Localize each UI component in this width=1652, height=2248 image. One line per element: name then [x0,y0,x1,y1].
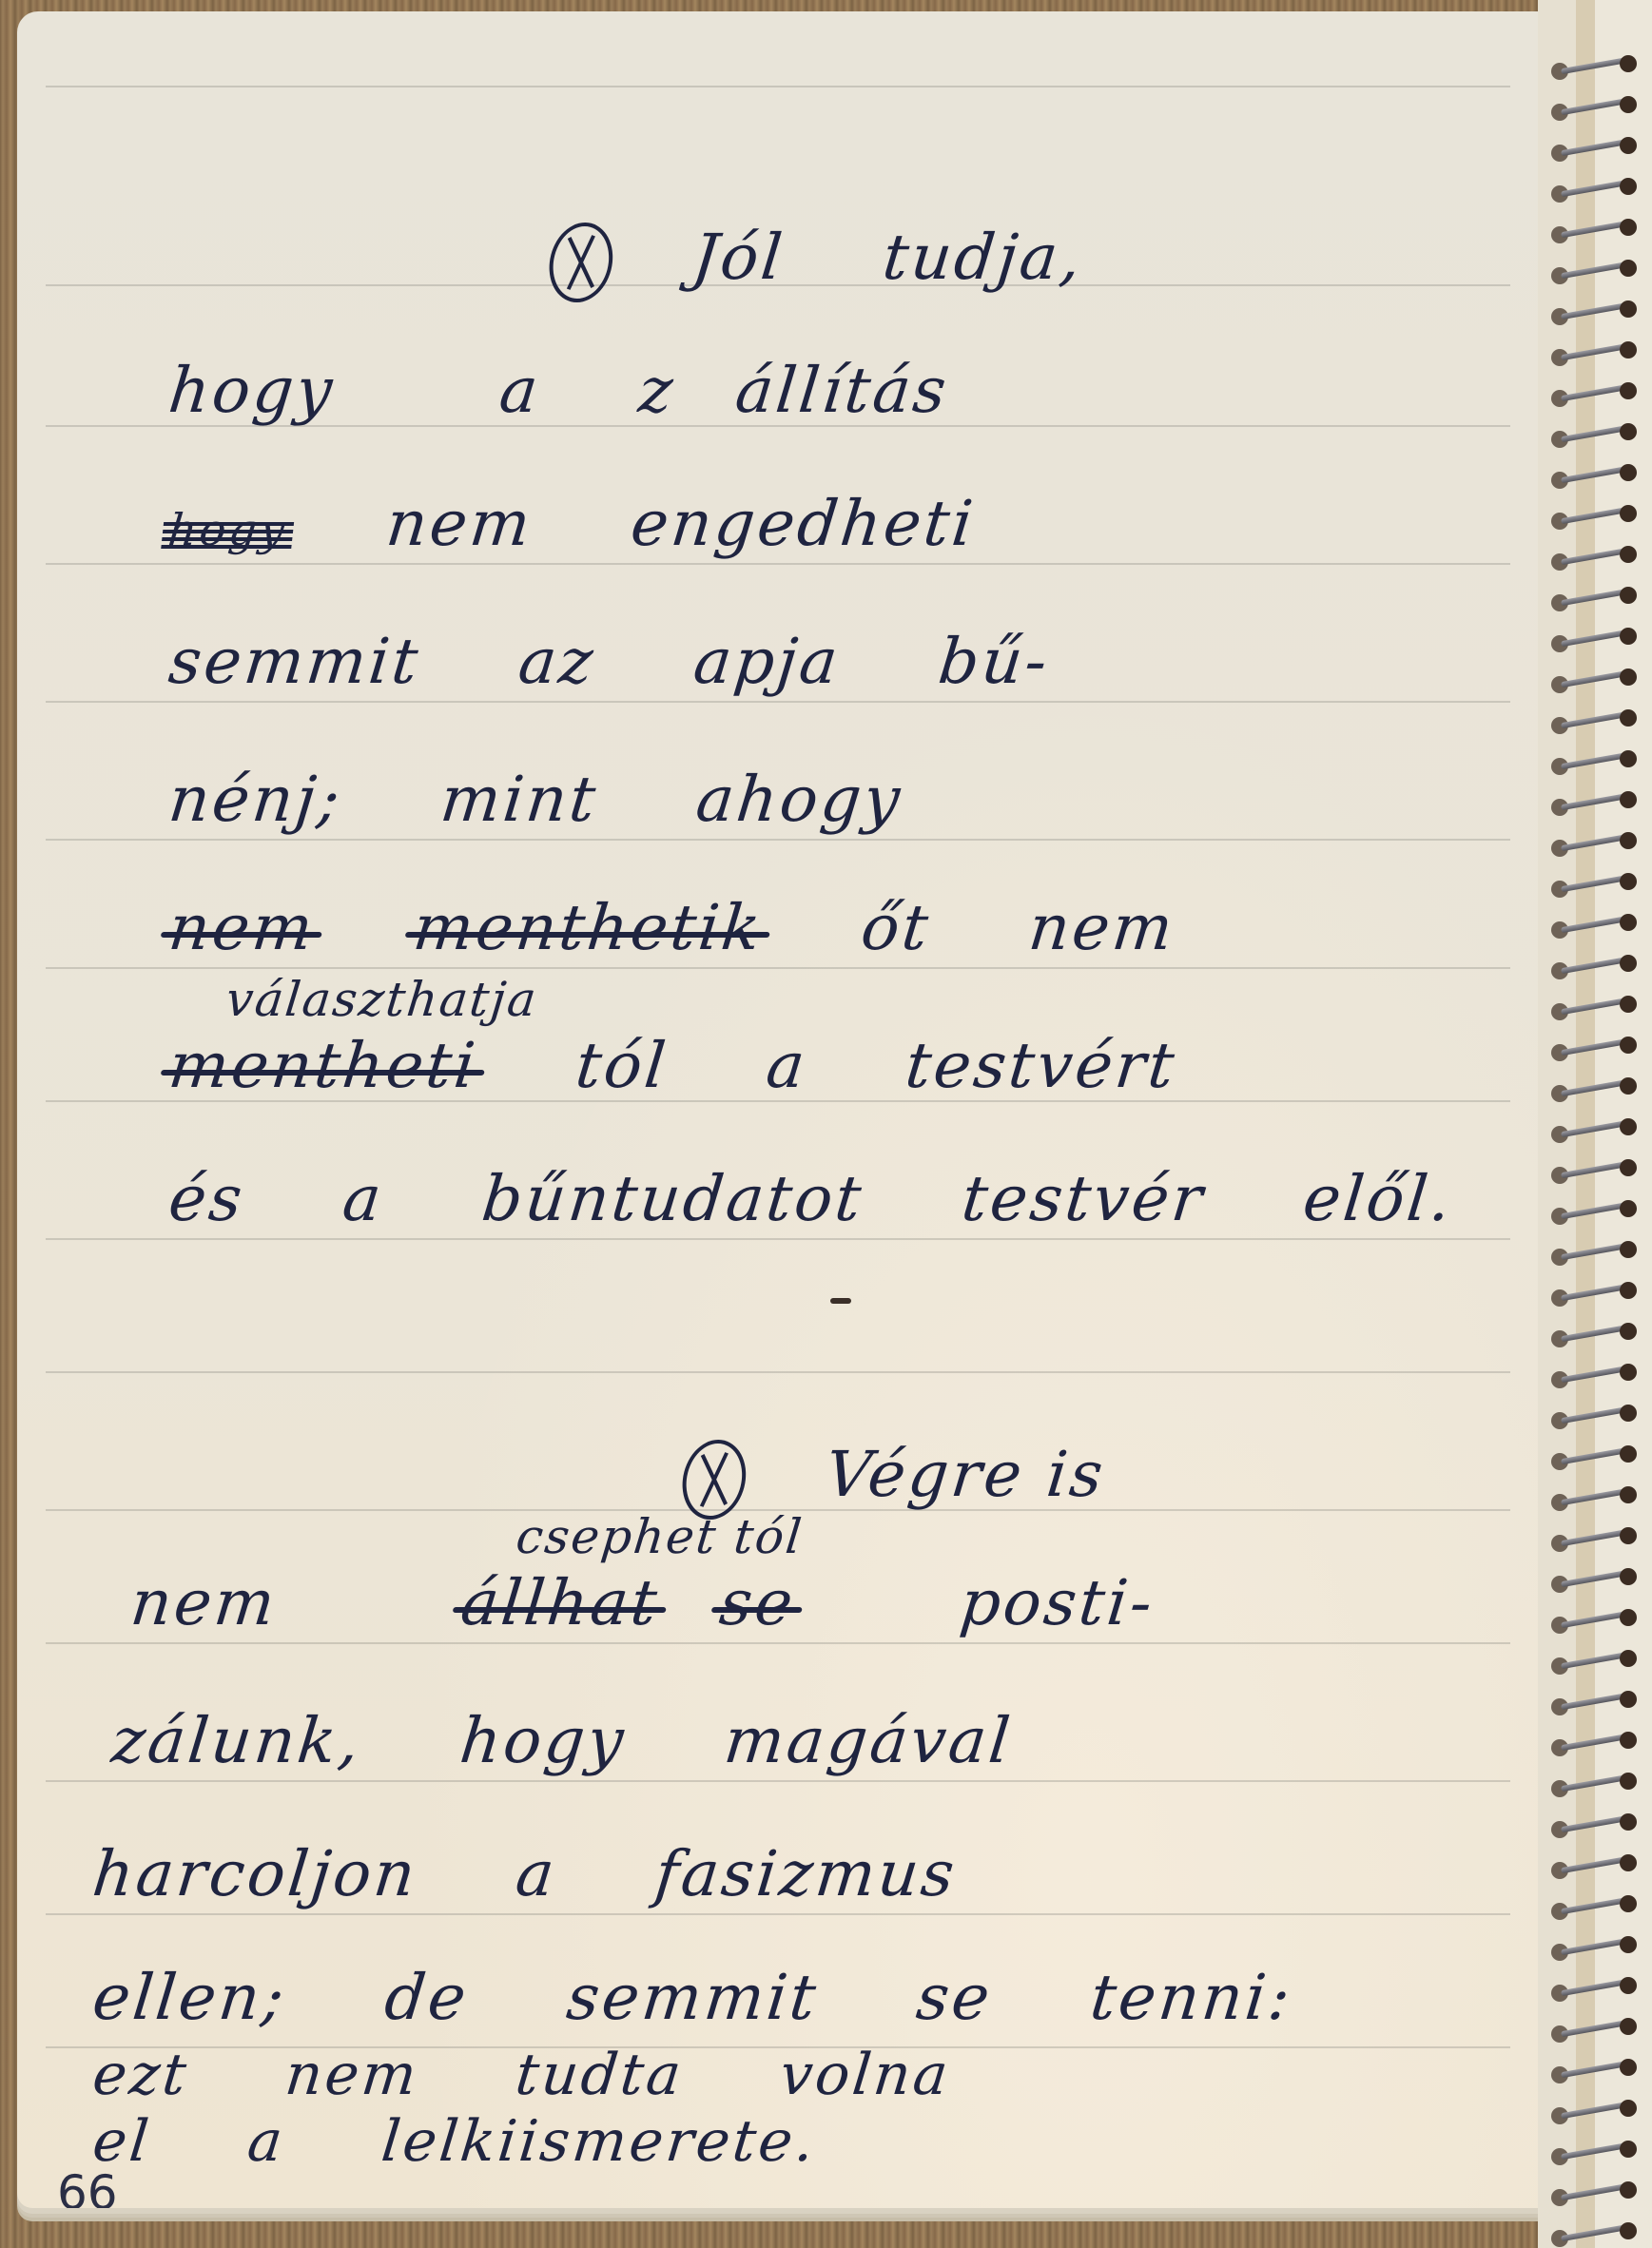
section-2-line-5: ezt nem tudta volna [89,2042,1548,2108]
section-1-line-7: mentheti tól a testvért [165,1029,1548,1102]
handwritten-word: ellen; [89,1961,290,2034]
spiral-ring [1547,1447,1642,1464]
handwritten-word: a [763,1029,810,1102]
section-1-line-6: nem menthetik őt nem [165,891,1548,964]
ruled-line [46,1371,1510,1373]
handwritten-word: a [513,1837,560,1910]
spiral-ring [1547,1570,1642,1587]
spiral-ring [1547,1079,1642,1096]
interlinear-insertion: választhatja [224,972,540,1027]
handwritten-word: elől. [1300,1162,1457,1235]
handwritten-word: nem [282,2042,422,2108]
spiral-ring [1547,1774,1642,1792]
handwritten-word: lelkiismerete. [379,2108,820,2175]
ruled-line [46,1642,1510,1644]
handwritten-word: az [515,625,599,698]
spiral-ring [1547,589,1642,606]
ruled-line [46,701,1510,703]
spiral-ring [1547,507,1642,524]
spiral-ring [1547,1406,1642,1424]
circled-asterisk-icon [678,1440,749,1520]
spiral-ring [1547,1243,1642,1260]
handwritten-word: z [635,354,679,427]
handwritten-word: testvért [903,1029,1180,1102]
handwritten-word: hogy [457,1704,630,1777]
spiral-ring [1547,2061,1642,2078]
section-1-line-1: Jól tudja, [545,221,1548,302]
spiral-ring [1547,2142,1642,2160]
spiral-binding [1538,0,1652,2248]
spiral-ring [1547,752,1642,769]
handwritten-word: nénj; [165,763,346,836]
spiral-ring [1547,793,1642,810]
spiral-ring [1547,262,1642,279]
spiral-ring [1547,1161,1642,1178]
handwritten-word: őt [858,891,934,964]
section-1-line-5: nénj; mint ahogy [165,763,1548,836]
handwritten-word: tenni: [1087,1961,1296,2034]
ruled-line [46,86,1510,87]
spiral-ring [1547,1611,1642,1628]
spiral-ring [1547,711,1642,728]
spiral-ring [1547,139,1642,156]
handwritten-word: nem [1025,891,1178,964]
section-2-heading: Végre is [678,1438,1548,1520]
spiral-ring [1547,1038,1642,1056]
spiral-ring [1547,1856,1642,1873]
handwritten-word: volna [777,2042,954,2108]
spiral-ring [1547,548,1642,565]
handwritten-word: hogy [165,354,339,427]
struck-word: se [716,1566,799,1639]
handwritten-word: semmit [165,625,424,698]
spiral-ring [1547,1897,1642,1914]
spiral-ring [1547,875,1642,892]
ruled-line [46,1913,1510,1915]
spiral-ring [1547,1693,1642,1710]
spiral-ring [1547,466,1642,483]
section-1-line-2: hogy a z állítás [165,354,1548,427]
ruled-line [46,967,1510,969]
spiral-ring [1547,630,1642,647]
handwritten-word: nem [127,1566,281,1639]
section-1-line-8: és a bűntudatot testvér elől. [165,1162,1548,1235]
spiral-ring [1547,2183,1642,2200]
notebook-page: Jól tudja, hogy a z állítás hogy nem eng… [17,11,1548,2208]
handwritten-word: Jól [689,221,787,294]
spiral-ring [1547,180,1642,197]
struck-word: nem [165,891,319,964]
spiral-ring [1547,1284,1642,1301]
spiral-ring [1547,1529,1642,1546]
handwritten-word: ezt [89,2042,192,2108]
struck-word: menthetik [410,891,767,964]
struck-word: állhat [457,1566,663,1639]
circled-asterisk-icon [545,223,616,302]
handwritten-word: magával [721,1704,1016,1777]
handwritten-word: mint [437,763,602,836]
spiral-ring [1547,302,1642,320]
handwritten-word: tól [573,1029,671,1102]
scribbled-word: hogy [165,504,289,555]
spiral-ring [1547,384,1642,401]
spiral-ring [1547,425,1642,442]
handwritten-word: és [165,1162,248,1235]
spiral-ring [1547,1979,1642,1996]
handwritten-word: se [913,1961,996,2034]
handwritten-word: a [340,1162,387,1235]
handwritten-word: a [496,354,544,427]
handwritten-word: ahogy [692,763,905,836]
spiral-ring [1547,1815,1642,1832]
spiral-ring [1547,834,1642,851]
interlinear-insertion: csephet tól [514,1509,806,1564]
spiral-ring [1547,1938,1642,1955]
page-number: 66 [57,2165,118,2208]
spiral-ring [1547,1120,1642,1137]
handwritten-word: nem [383,487,536,560]
spiral-ring [1547,916,1642,933]
handwritten-word: apja [690,625,845,698]
handwritten-word: bű- [935,625,1053,698]
ruled-line [46,839,1510,841]
section-2-line-6: el a lelkiismerete. [89,2108,1548,2175]
spiral-ring [1547,57,1642,74]
handwritten-word: zálunk, [108,1704,365,1777]
handwritten-word: harcoljon [89,1837,421,1910]
spiral-ring [1547,1202,1642,1219]
spiral-ring [1547,998,1642,1015]
spiral-ring [1547,343,1642,360]
handwritten-word: testvér [959,1162,1209,1235]
spiral-ring [1547,2020,1642,2037]
handwritten-word: állítás [732,354,953,427]
spiral-ring [1547,1488,1642,1505]
spiral-ring [1547,2224,1642,2241]
struck-word: mentheti [165,1029,481,1102]
section-2-line-2: zálunk, hogy magával [108,1704,1548,1777]
ruled-line [46,1780,1510,1782]
spiral-ring [1547,1652,1642,1669]
spiral-ring [1547,957,1642,974]
handwritten-word: engedheti [628,487,979,560]
section-1-line-4: semmit az apja bű- [165,625,1548,698]
handwritten-word: tudta [513,2042,687,2108]
spiral-ring [1547,2102,1642,2119]
handwritten-word: semmit [563,1961,822,2034]
section-2-line-3: harcoljon a fasizmus [89,1837,1548,1910]
spiral-ring [1547,98,1642,115]
handwritten-word: fasizmus [651,1837,961,1910]
spiral-ring [1547,1366,1642,1383]
handwritten-word: de [381,1961,472,2034]
section-divider-dash [830,1298,851,1304]
handwritten-word: bűntudatot [478,1162,867,1235]
spiral-ring [1547,1734,1642,1751]
ruled-line [46,1238,1510,1240]
section-2-line-4: ellen; de semmit se tenni: [89,1961,1548,2034]
spiral-ring [1547,670,1642,688]
section-heading: Végre is [822,1438,1109,1511]
handwritten-word: tudja, [880,221,1087,294]
spiral-ring [1547,221,1642,238]
section-1-line-3: hogy nem engedheti [165,487,1548,560]
ruled-line [46,563,1510,565]
section-2-line-1: nem állhat se posti- [127,1566,1548,1639]
handwritten-word: a [244,2108,288,2175]
handwritten-word: posti- [957,1566,1158,1639]
spiral-ring [1547,1325,1642,1342]
